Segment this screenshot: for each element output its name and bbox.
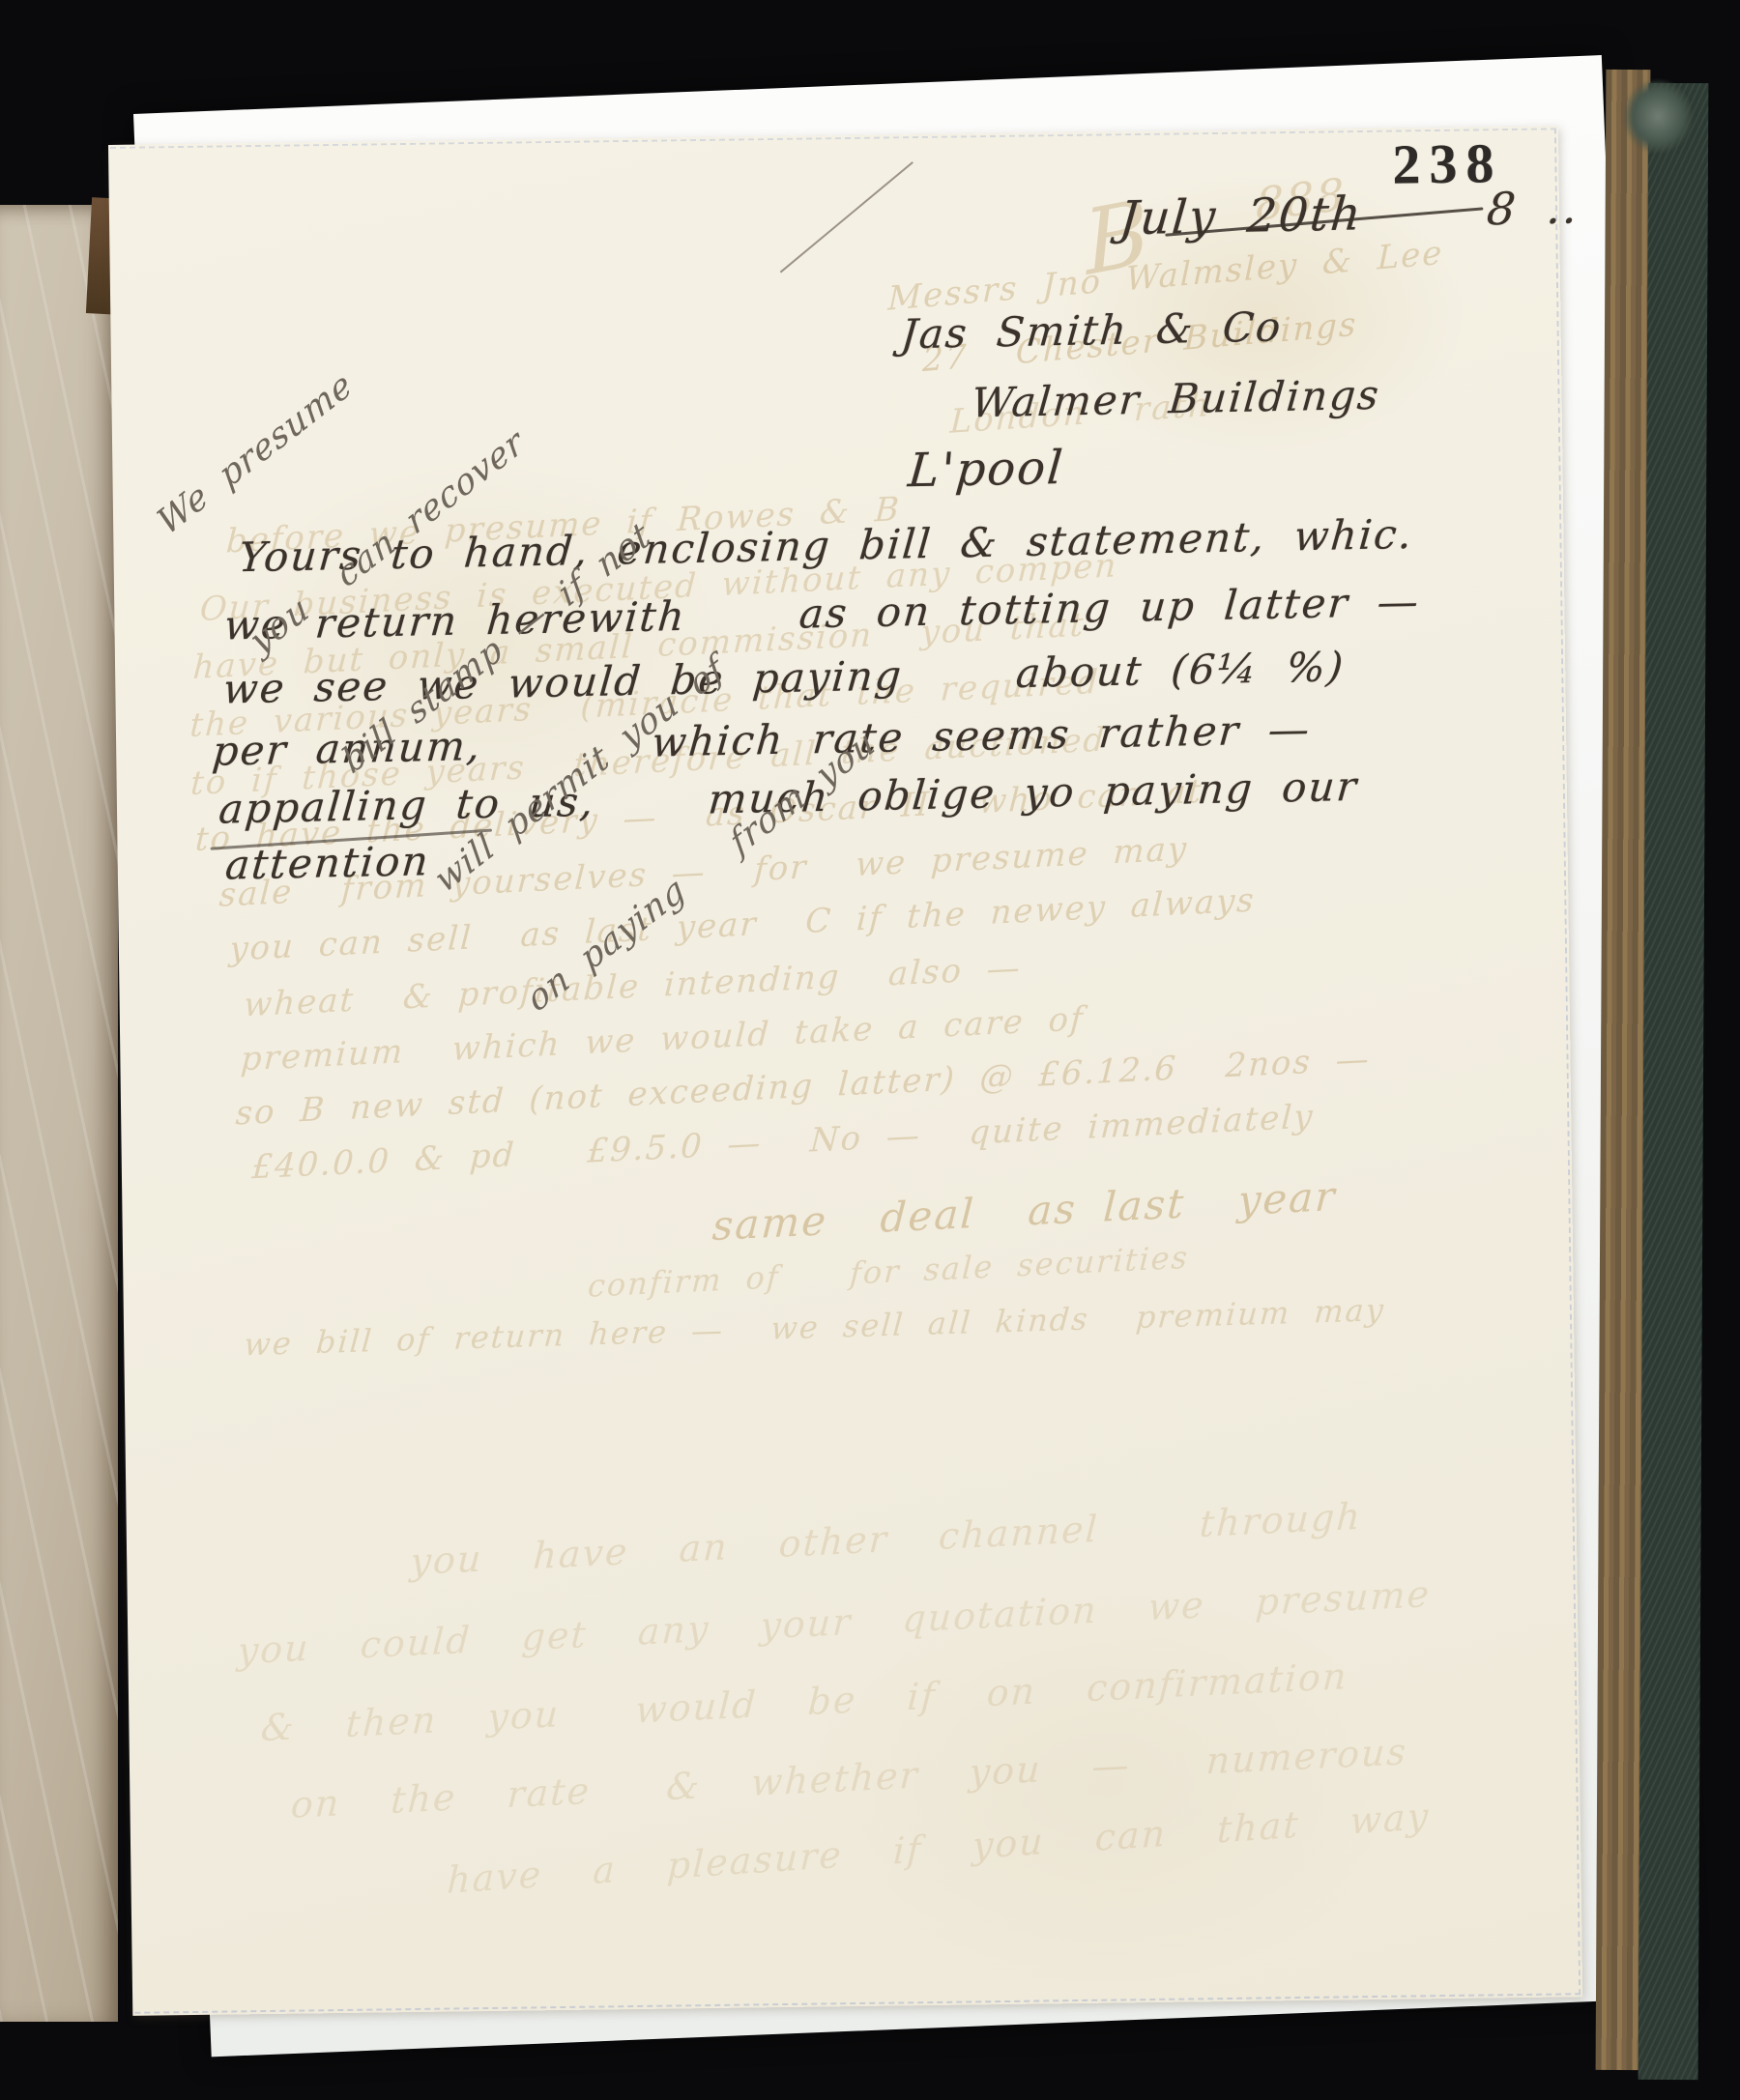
letter-page: BMessrs Jno Walmsley & Lee27 Chester Bui… (108, 126, 1582, 2015)
date-line: July 20th (1117, 187, 1365, 245)
marginalia-line: will permit you of (426, 496, 925, 906)
marginalia-line: you can recover (242, 257, 740, 668)
ghost-text-line: & then you would be if on confirmation (260, 1654, 1349, 1749)
ghost-text-line: you could get any your quotation we pres… (237, 1572, 1433, 1672)
ghost-text-line: you have an other channel through (409, 1495, 1363, 1583)
recipient-address-1: Walmer Buildings (970, 371, 1382, 427)
marginalia-line: bill stamp — if not (333, 376, 832, 787)
page-number-stamp: 238 (1392, 130, 1503, 196)
recipient-name: Jas Smith & Co (899, 302, 1284, 358)
book-cover-band (1638, 83, 1709, 2080)
facing-page-edge (0, 205, 118, 2022)
ghost-text-line: we bill of return here — we sell all kin… (243, 1291, 1386, 1363)
scanned-letterbook-photo: { "document": { "page_number": "238", "g… (0, 0, 1740, 2100)
recipient-address-2: L'pool (906, 441, 1066, 498)
frayed-cover-corner (1612, 68, 1726, 176)
ink-number-annotation: 8 .. (1485, 181, 1581, 235)
ghost-text-line: confirm of for sale securities (587, 1239, 1190, 1305)
ghost-text-line: same deal as last year (711, 1172, 1338, 1250)
